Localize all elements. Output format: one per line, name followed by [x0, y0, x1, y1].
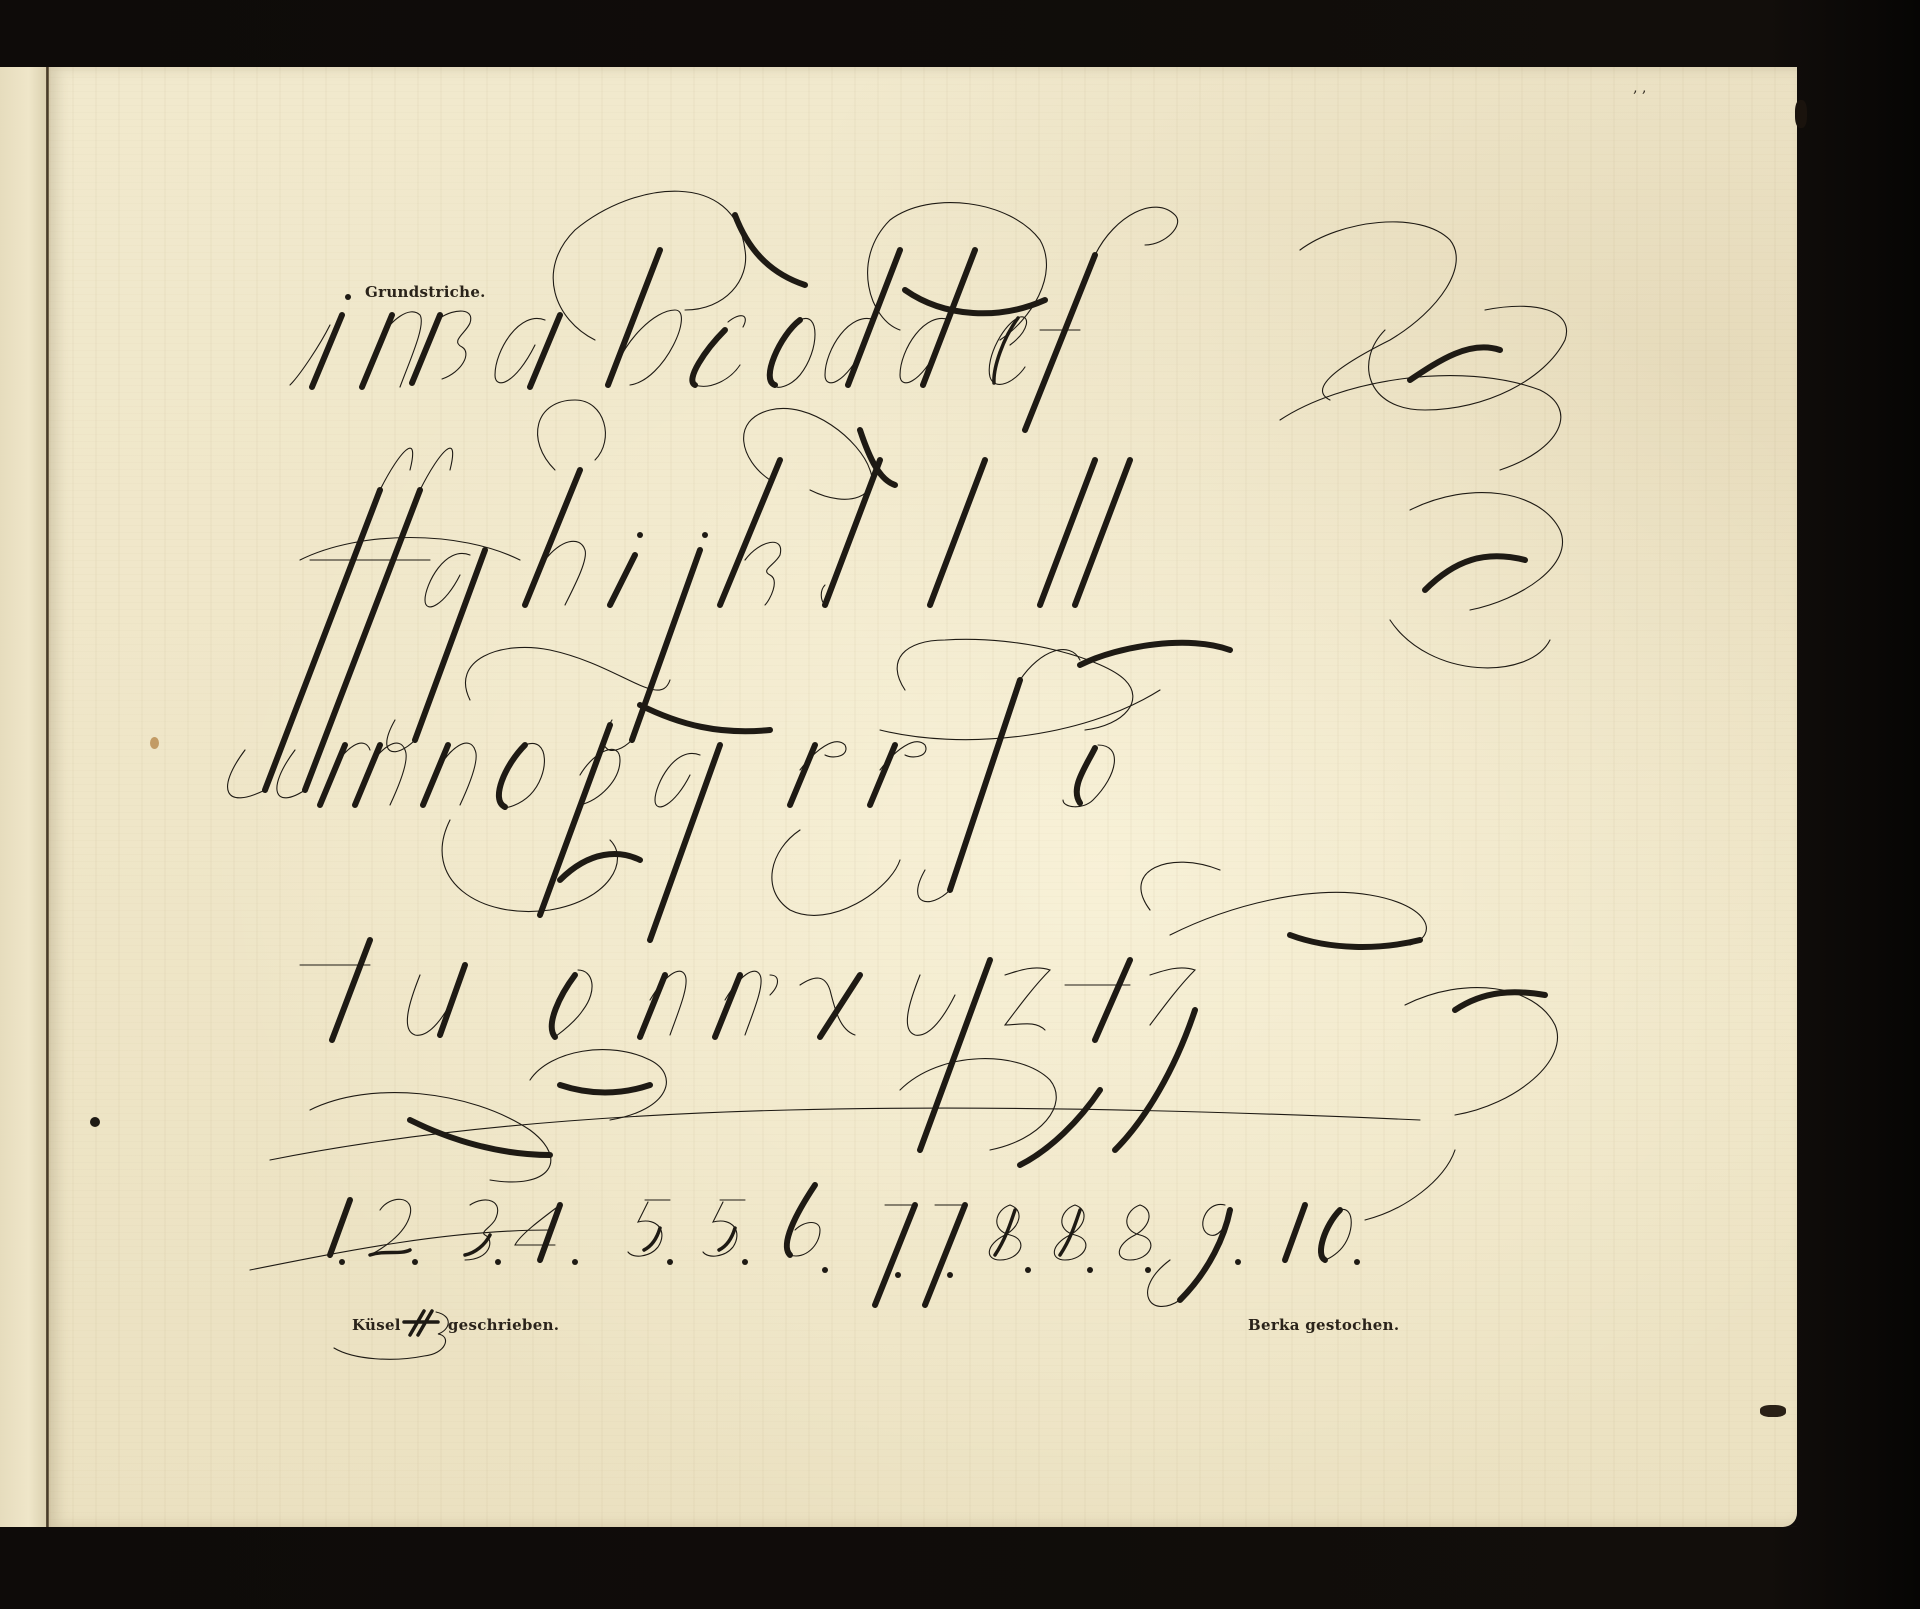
row2-flourishes — [300, 400, 1563, 668]
calligraphy-plate: .h { fill:none; stroke:#1e1a14; stroke-w… — [0, 0, 1920, 1609]
writer-monogram-icon — [334, 1311, 448, 1359]
row4-letters — [300, 940, 1195, 1150]
row3-flourishes — [442, 639, 1230, 915]
row2-letters — [228, 448, 1130, 798]
row3-letters — [320, 650, 1114, 940]
row1-letters — [290, 207, 1178, 430]
numerals-row — [330, 1150, 1455, 1306]
row1-flourishes — [553, 191, 1566, 470]
row4-flourishes — [250, 892, 1557, 1270]
